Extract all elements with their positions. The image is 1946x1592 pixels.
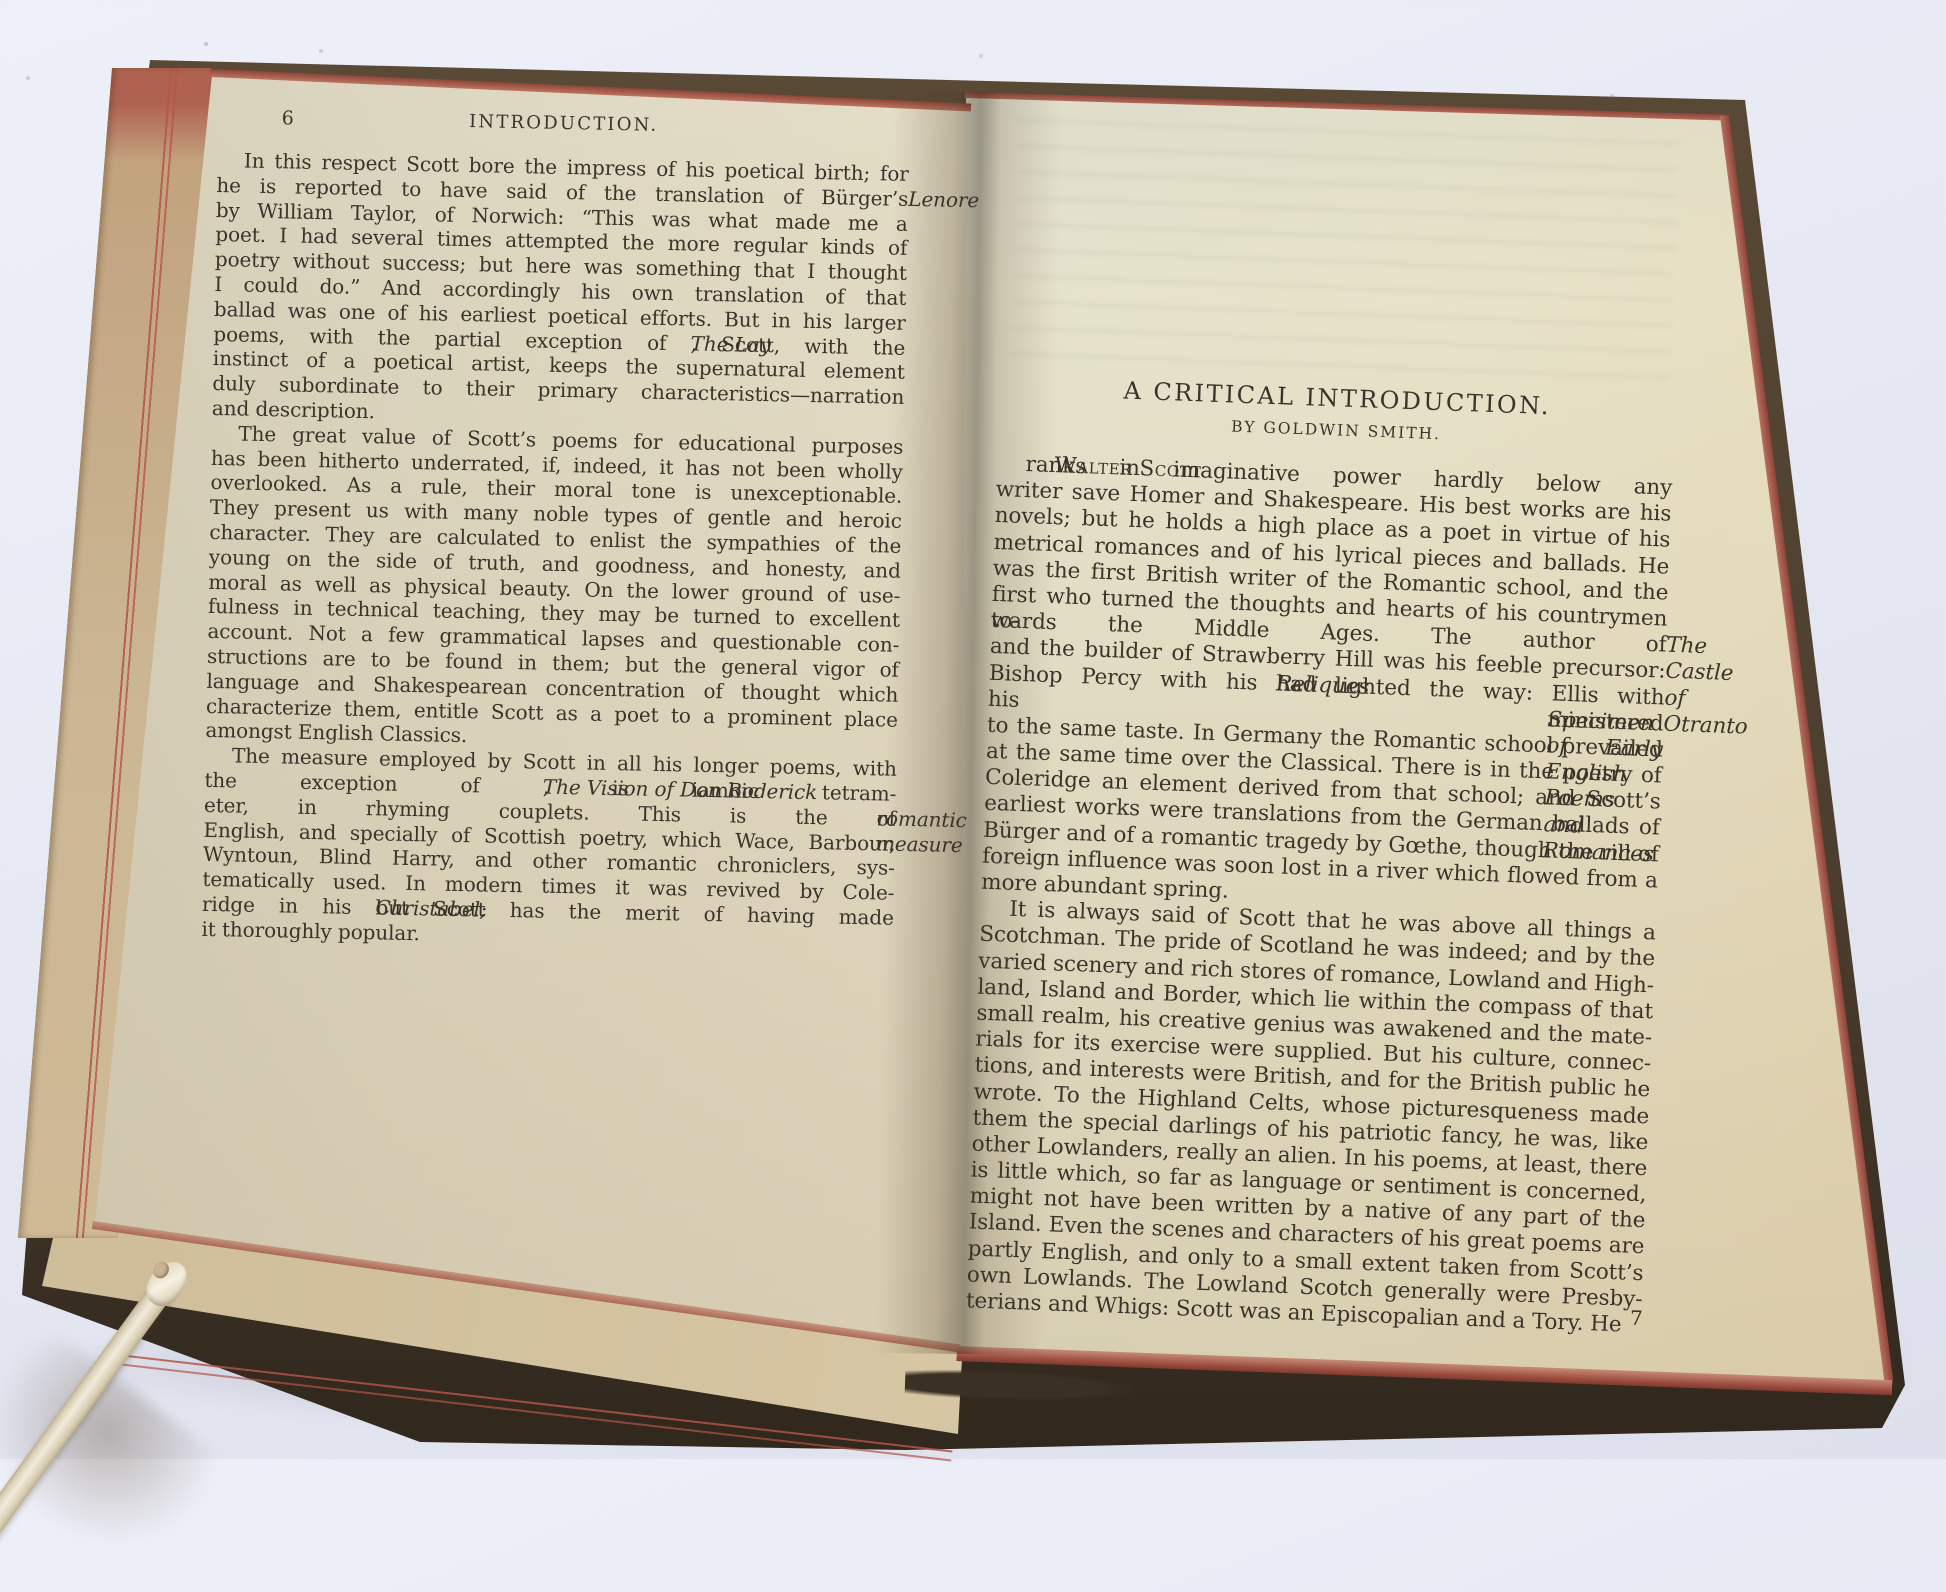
left-paragraph-3: The measure employed by Scott in all his… bbox=[201, 743, 897, 955]
book-photo: 6 INTRODUCTION. In this respect Scott bo… bbox=[0, 0, 1946, 1459]
left-paragraph-2: The great value of Scott’s poems for edu… bbox=[205, 421, 903, 757]
dust-specks bbox=[0, 0, 2, 2]
right-paragraph-1: Walter Scott ranks in imaginative power … bbox=[981, 451, 1673, 921]
ink-showthrough bbox=[1011, 118, 1680, 387]
right-page-number: 7 bbox=[1630, 1306, 1644, 1330]
photo-of-open-book: { "scene": { "background_color": "#e6e8f… bbox=[0, 0, 1946, 1459]
right-paragraph-2: It is always said of Scott that he was a… bbox=[965, 896, 1656, 1339]
left-paragraph-1: In this respect Scott bore the impress o… bbox=[212, 148, 909, 435]
left-page-number: 6 bbox=[282, 107, 294, 129]
left-page-text: 6 INTRODUCTION. In this respect Scott bo… bbox=[201, 106, 910, 955]
right-page-text: A CRITICAL INTRODUCTION. BY GOLDWIN SMIT… bbox=[965, 372, 1675, 1339]
